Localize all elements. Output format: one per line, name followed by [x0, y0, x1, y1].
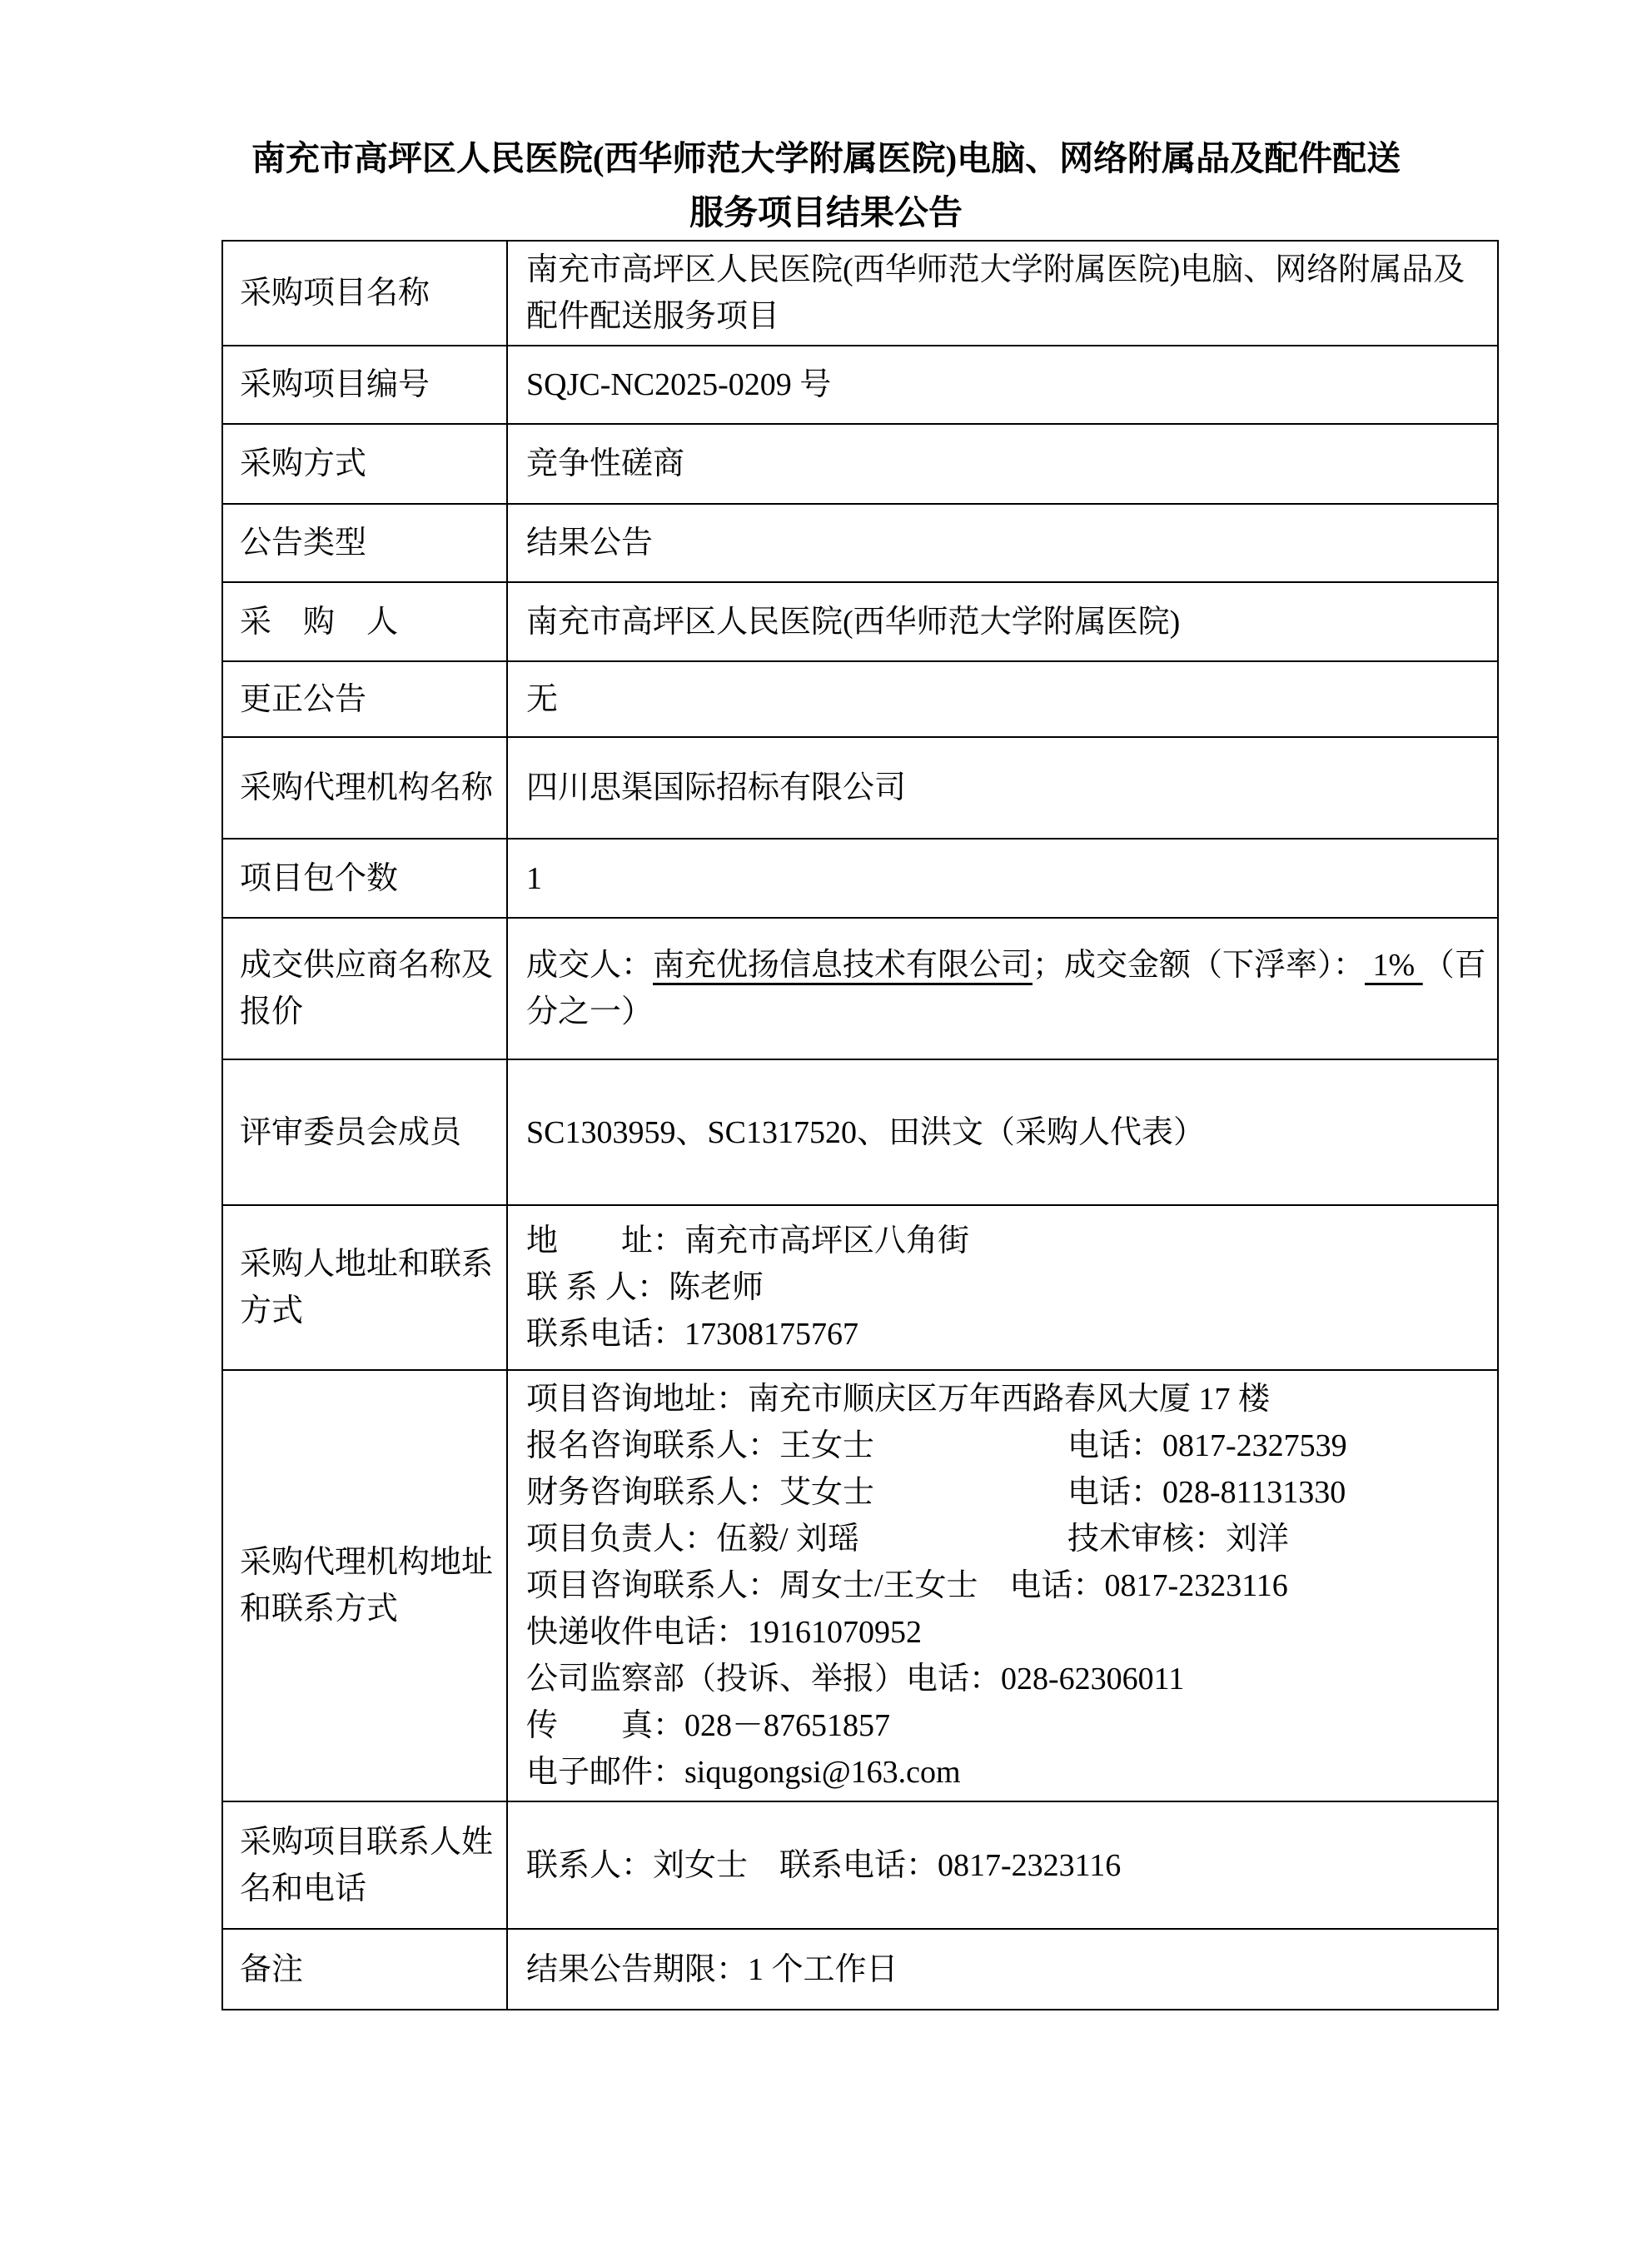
- table-row-procurement-method: 采购方式 竞争性磋商: [222, 424, 1498, 504]
- package-count-value: 1: [507, 839, 1498, 918]
- purchaser-phone-line: 联系电话：17308175767: [526, 1311, 1487, 1358]
- procurement-method-value: 竞争性磋商: [507, 424, 1498, 504]
- agency-finance-contact-line: 财务咨询联系人：艾女士 电话：028-81131330: [526, 1469, 1487, 1516]
- agency-courier-phone-line: 快递收件电话：19161070952: [526, 1609, 1487, 1656]
- announcement-type-value: 结果公告: [507, 504, 1498, 582]
- table-row-correction-notice: 更正公告 无: [222, 661, 1498, 737]
- value-line: 配件配送服务项目: [526, 293, 1487, 340]
- project-contact-value: 联系人：刘女士 联系电话：0817-2323116: [507, 1801, 1498, 1929]
- procurement-project-name-label: 采购项目名称: [222, 241, 507, 346]
- signup-contact-person: 报名咨询联系人：王女士: [526, 1422, 1067, 1469]
- table-row-agency-contact: 采购代理机构地址和联系方式 项目咨询地址：南充市顺庆区万年西路春风大厦 17 楼…: [222, 1370, 1498, 1801]
- agency-consult-address-line: 项目咨询地址：南充市顺庆区万年西路春风大厦 17 楼: [526, 1376, 1487, 1422]
- finance-contact-phone: 电话：028-81131330: [1067, 1469, 1487, 1516]
- remarks-value: 结果公告期限：1 个工作日: [507, 1929, 1498, 2010]
- table-row-purchaser-contact: 采购人地址和联系方式 地 址：南充市高坪区八角街 联 系 人：陈老师 联系电话：…: [222, 1205, 1498, 1370]
- purchaser-address-line: 地 址：南充市高坪区八角街: [526, 1218, 1487, 1264]
- procurement-project-number-value: SQJC-NC2025-0209 号: [507, 346, 1498, 424]
- agency-email-line: 电子邮件：siqugongsi@163.com: [526, 1749, 1487, 1796]
- announcement-type-label: 公告类型: [222, 504, 507, 582]
- table-row-announcement-type: 公告类型 结果公告: [222, 504, 1498, 582]
- agency-contact-value: 项目咨询地址：南充市顺庆区万年西路春风大厦 17 楼 报名咨询联系人：王女士 电…: [507, 1370, 1498, 1801]
- table-row-procurement-project-number: 采购项目编号 SQJC-NC2025-0209 号: [222, 346, 1498, 424]
- correction-notice-label: 更正公告: [222, 661, 507, 737]
- agency-consult-contact-line: 项目咨询联系人：周女士/王女士 电话：0817-2323116: [526, 1562, 1487, 1609]
- winning-supplier-label: 成交供应商名称及报价: [222, 918, 507, 1059]
- agency-project-leader-line: 项目负责人：伍毅/ 刘瑶 技术审核：刘洋: [526, 1516, 1487, 1562]
- correction-notice-value: 无: [507, 661, 1498, 737]
- procurement-project-name-value: 南充市高坪区人民医院(西华师范大学附属医院)电脑、网络附属品及 配件配送服务项目: [507, 241, 1498, 346]
- winning-supplier-line-2: 分之一）: [526, 989, 1487, 1035]
- agency-name-value: 四川思渠国际招标有限公司: [507, 737, 1498, 839]
- agency-contact-label: 采购代理机构地址和联系方式: [222, 1370, 507, 1801]
- purchaser-contact-person-line: 联 系 人：陈老师: [526, 1264, 1487, 1311]
- package-count-label: 项目包个数: [222, 839, 507, 918]
- table-row-package-count: 项目包个数 1: [222, 839, 1498, 918]
- announcement-table: 采购项目名称 南充市高坪区人民医院(西华师范大学附属医院)电脑、网络附属品及 配…: [221, 240, 1499, 2010]
- value-line: 南充市高坪区人民医院(西华师范大学附属医院)电脑、网络附属品及: [526, 247, 1487, 293]
- table-row-remarks: 备注 结果公告期限：1 个工作日: [222, 1929, 1498, 2010]
- table-row-winning-supplier: 成交供应商名称及报价 成交人：南充优扬信息技术有限公司；成交金额（下浮率）： 1…: [222, 918, 1498, 1059]
- review-committee-label: 评审委员会成员: [222, 1059, 507, 1205]
- page-title-line-2: 服务项目结果公告: [0, 186, 1652, 240]
- winning-supplier-name: 南充优扬信息技术有限公司: [653, 948, 1032, 983]
- deal-amount-suffix: （百: [1423, 948, 1486, 983]
- discount-rate-value: 1%: [1365, 948, 1423, 983]
- project-leader-names: 项目负责人：伍毅/ 刘瑶: [526, 1516, 1067, 1562]
- winning-supplier-line-1: 成交人：南充优扬信息技术有限公司；成交金额（下浮率）： 1% （百: [526, 942, 1487, 989]
- purchaser-label: 采 购 人: [222, 582, 507, 661]
- deal-amount-prefix: ；成交金额（下浮率）：: [1032, 948, 1365, 983]
- deal-person-prefix: 成交人：: [526, 948, 653, 983]
- purchaser-contact-label: 采购人地址和联系方式: [222, 1205, 507, 1370]
- purchaser-value: 南充市高坪区人民医院(西华师范大学附属医院): [507, 582, 1498, 661]
- signup-contact-phone: 电话：0817-2327539: [1067, 1422, 1487, 1469]
- agency-signup-contact-line: 报名咨询联系人：王女士 电话：0817-2327539: [526, 1422, 1487, 1469]
- review-committee-value: SC1303959、SC1317520、田洪文（采购人代表）: [507, 1059, 1498, 1205]
- agency-fax-line: 传 真：028－87651857: [526, 1702, 1487, 1749]
- remarks-label: 备注: [222, 1929, 507, 2010]
- procurement-project-number-label: 采购项目编号: [222, 346, 507, 424]
- agency-name-label: 采购代理机构名称: [222, 737, 507, 839]
- table-row-procurement-project-name: 采购项目名称 南充市高坪区人民医院(西华师范大学附属医院)电脑、网络附属品及 配…: [222, 241, 1498, 346]
- project-contact-label: 采购项目联系人姓名和电话: [222, 1801, 507, 1929]
- table-row-review-committee: 评审委员会成员 SC1303959、SC1317520、田洪文（采购人代表）: [222, 1059, 1498, 1205]
- agency-supervision-phone-line: 公司监察部（投诉、举报）电话：028-62306011: [526, 1656, 1487, 1702]
- page-title-line-1: 南充市高坪区人民医院(西华师范大学附属医院)电脑、网络附属品及配件配送: [0, 132, 1652, 186]
- page-title: 南充市高坪区人民医院(西华师范大学附属医院)电脑、网络附属品及配件配送 服务项目…: [0, 132, 1652, 240]
- procurement-method-label: 采购方式: [222, 424, 507, 504]
- technical-reviewer-name: 技术审核：刘洋: [1067, 1516, 1487, 1562]
- winning-supplier-value: 成交人：南充优扬信息技术有限公司；成交金额（下浮率）： 1% （百 分之一）: [507, 918, 1498, 1059]
- table-row-agency-name: 采购代理机构名称 四川思渠国际招标有限公司: [222, 737, 1498, 839]
- finance-contact-person: 财务咨询联系人：艾女士: [526, 1469, 1067, 1516]
- table-row-project-contact: 采购项目联系人姓名和电话 联系人：刘女士 联系电话：0817-2323116: [222, 1801, 1498, 1929]
- table-row-purchaser: 采 购 人 南充市高坪区人民医院(西华师范大学附属医院): [222, 582, 1498, 661]
- purchaser-contact-value: 地 址：南充市高坪区八角街 联 系 人：陈老师 联系电话：17308175767: [507, 1205, 1498, 1370]
